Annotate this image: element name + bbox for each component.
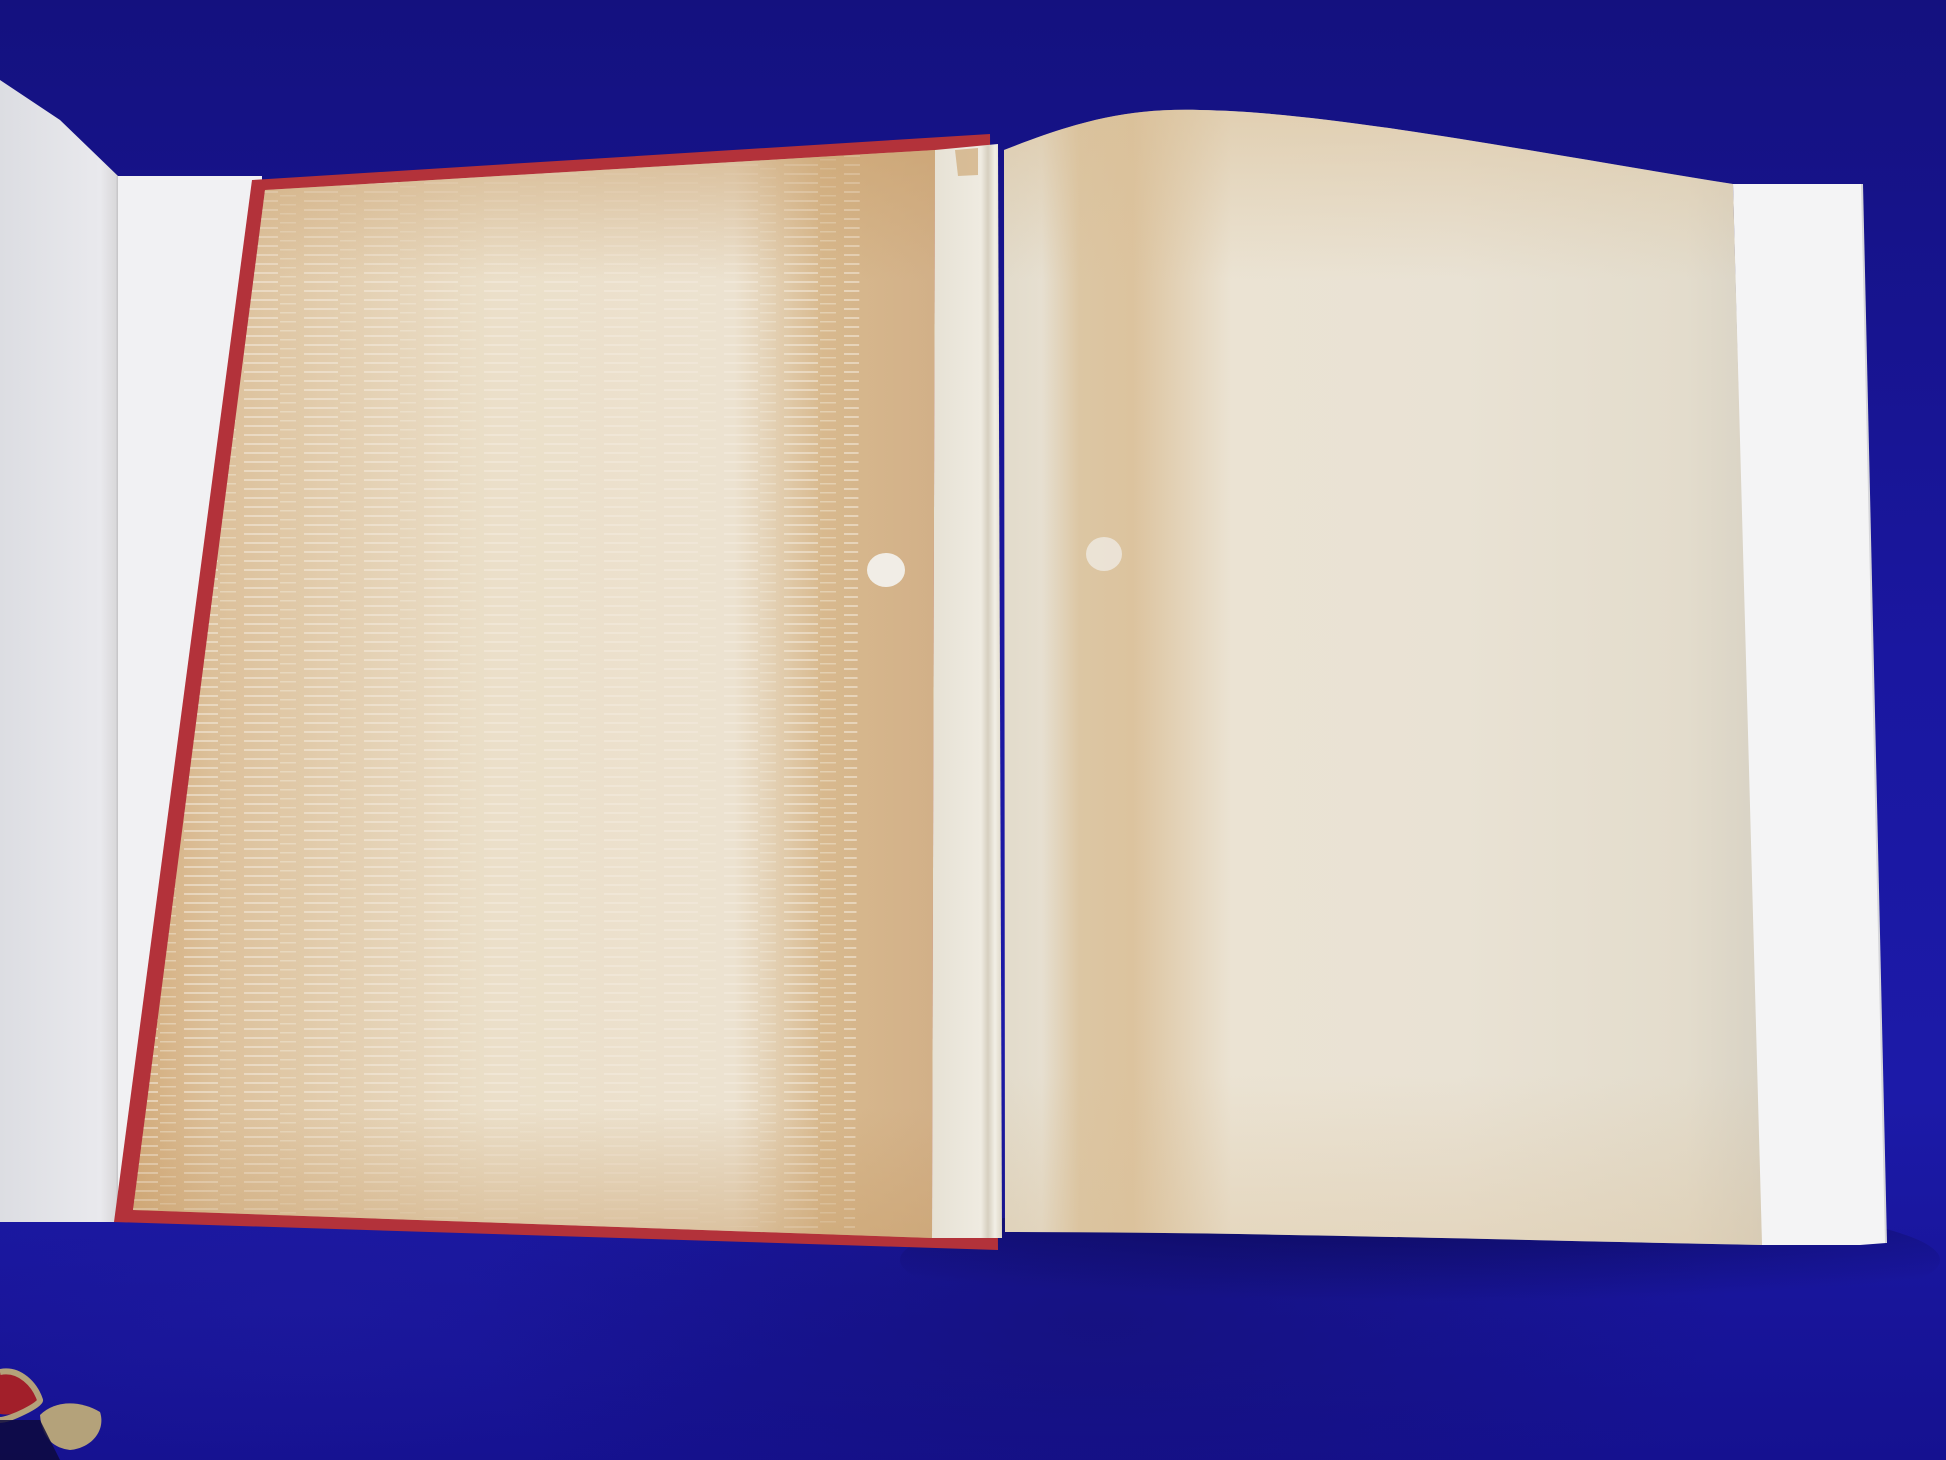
left-flyleaf xyxy=(0,80,118,1222)
right-spot xyxy=(1086,537,1122,571)
spine-stain xyxy=(955,148,978,176)
photo-scene xyxy=(0,0,1946,1460)
left-pastedown-edge-toning xyxy=(133,150,935,1238)
right-page-toning xyxy=(1004,110,1762,1245)
left-spot xyxy=(867,553,905,587)
book-illustration xyxy=(0,0,1946,1460)
rug-pattern xyxy=(0,1371,101,1460)
spine-hinge xyxy=(932,144,1002,1238)
